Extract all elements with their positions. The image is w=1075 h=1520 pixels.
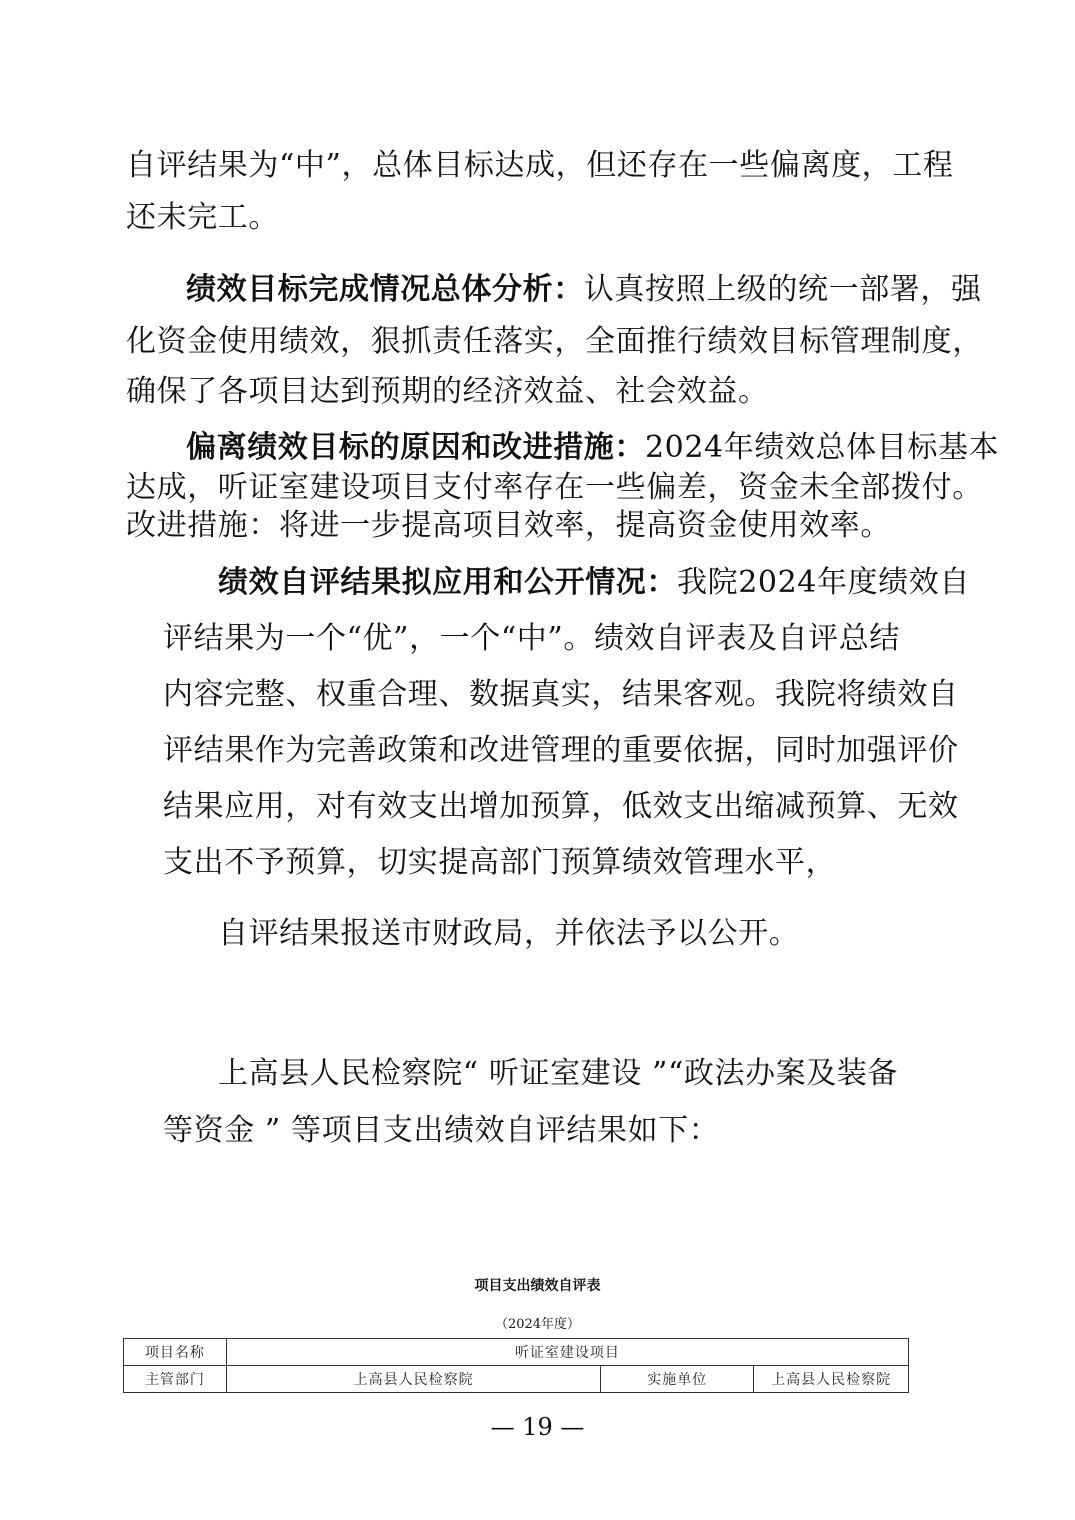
paragraph-text: 2024年绩效总体目标基本 <box>645 430 999 465</box>
paragraph-line: 上高县人民检察院“ 听证室建设 ”“政法办案及装备 <box>218 1056 898 1092</box>
section-heading: 偏离绩效目标的原因和改进措施： <box>186 430 645 465</box>
paragraph-line: 绩效目标完成情况总体分析：认真按照上级的统一部署，强 <box>186 272 982 308</box>
page-number: — 19 — <box>0 1412 1075 1442</box>
section-heading: 绩效目标完成情况总体分析： <box>186 272 584 307</box>
table-cell-value: 上高县人民检察院 <box>226 1366 601 1393</box>
paragraph-line: 确保了各项目达到预期的经济效益、社会效益。 <box>126 374 769 410</box>
table-row: 项目名称 听证室建设项目 <box>124 1339 909 1366</box>
table-cell-value: 听证室建设项目 <box>226 1339 908 1366</box>
evaluation-table: 项目名称 听证室建设项目 主管部门 上高县人民检察院 实施单位 上高县人民检察院 <box>123 1338 909 1393</box>
paragraph-line: 等资金 ” 等项目支出绩效自评结果如下： <box>163 1113 719 1149</box>
paragraph-line: 绩效自评结果拟应用和公开情况：我院2024年度绩效自 <box>218 565 970 601</box>
table-year: （2024年度） <box>0 1313 1075 1332</box>
paragraph-line: 自评结果为“中”，总体目标达成，但还存在一些偏离度，工程 <box>126 148 953 184</box>
table-cell-label: 实施单位 <box>601 1366 754 1393</box>
paragraph-line: 偏离绩效目标的原因和改进措施：2024年绩效总体目标基本 <box>186 430 999 466</box>
table-cell-label: 主管部门 <box>124 1366 227 1393</box>
paragraph-line: 结果应用，对有效支出增加预算，低效支出缩减预算、无效 <box>163 789 959 825</box>
paragraph-line: 内容完整、权重合理、数据真实，结果客观。我院将绩效自 <box>163 677 959 713</box>
paragraph-text: 我院2024年度绩效自 <box>677 565 970 600</box>
paragraph-line: 还未完工。 <box>126 200 279 236</box>
paragraph-line: 化资金使用绩效，狠抓责任落实，全面推行绩效目标管理制度， <box>126 324 983 360</box>
paragraph-line: 评结果作为完善政策和改进管理的重要依据，同时加强评价 <box>163 733 959 769</box>
paragraph-line: 评结果为一个“优”，一个“中”。绩效自评表及自评总结 <box>163 621 900 657</box>
table-row: 主管部门 上高县人民检察院 实施单位 上高县人民检察院 <box>124 1366 909 1393</box>
paragraph-line: 自评结果报送市财政局，并依法予以公开。 <box>218 916 799 952</box>
paragraph-text: 认真按照上级的统一部署，强 <box>584 272 982 307</box>
paragraph-line: 达成，听证室建设项目支付率存在一些偏差，资金未全部拨付。 <box>126 470 983 506</box>
section-heading: 绩效自评结果拟应用和公开情况： <box>218 565 677 600</box>
paragraph-line: 支出不予预算，切实提高部门预算绩效管理水平， <box>163 845 836 881</box>
table-cell-value: 上高县人民检察院 <box>754 1366 909 1393</box>
paragraph-line: 改进措施：将进一步提高项目效率，提高资金使用效率。 <box>126 508 891 544</box>
table-title: 项目支出绩效自评表 <box>0 1275 1075 1295</box>
table-cell-label: 项目名称 <box>124 1339 227 1366</box>
